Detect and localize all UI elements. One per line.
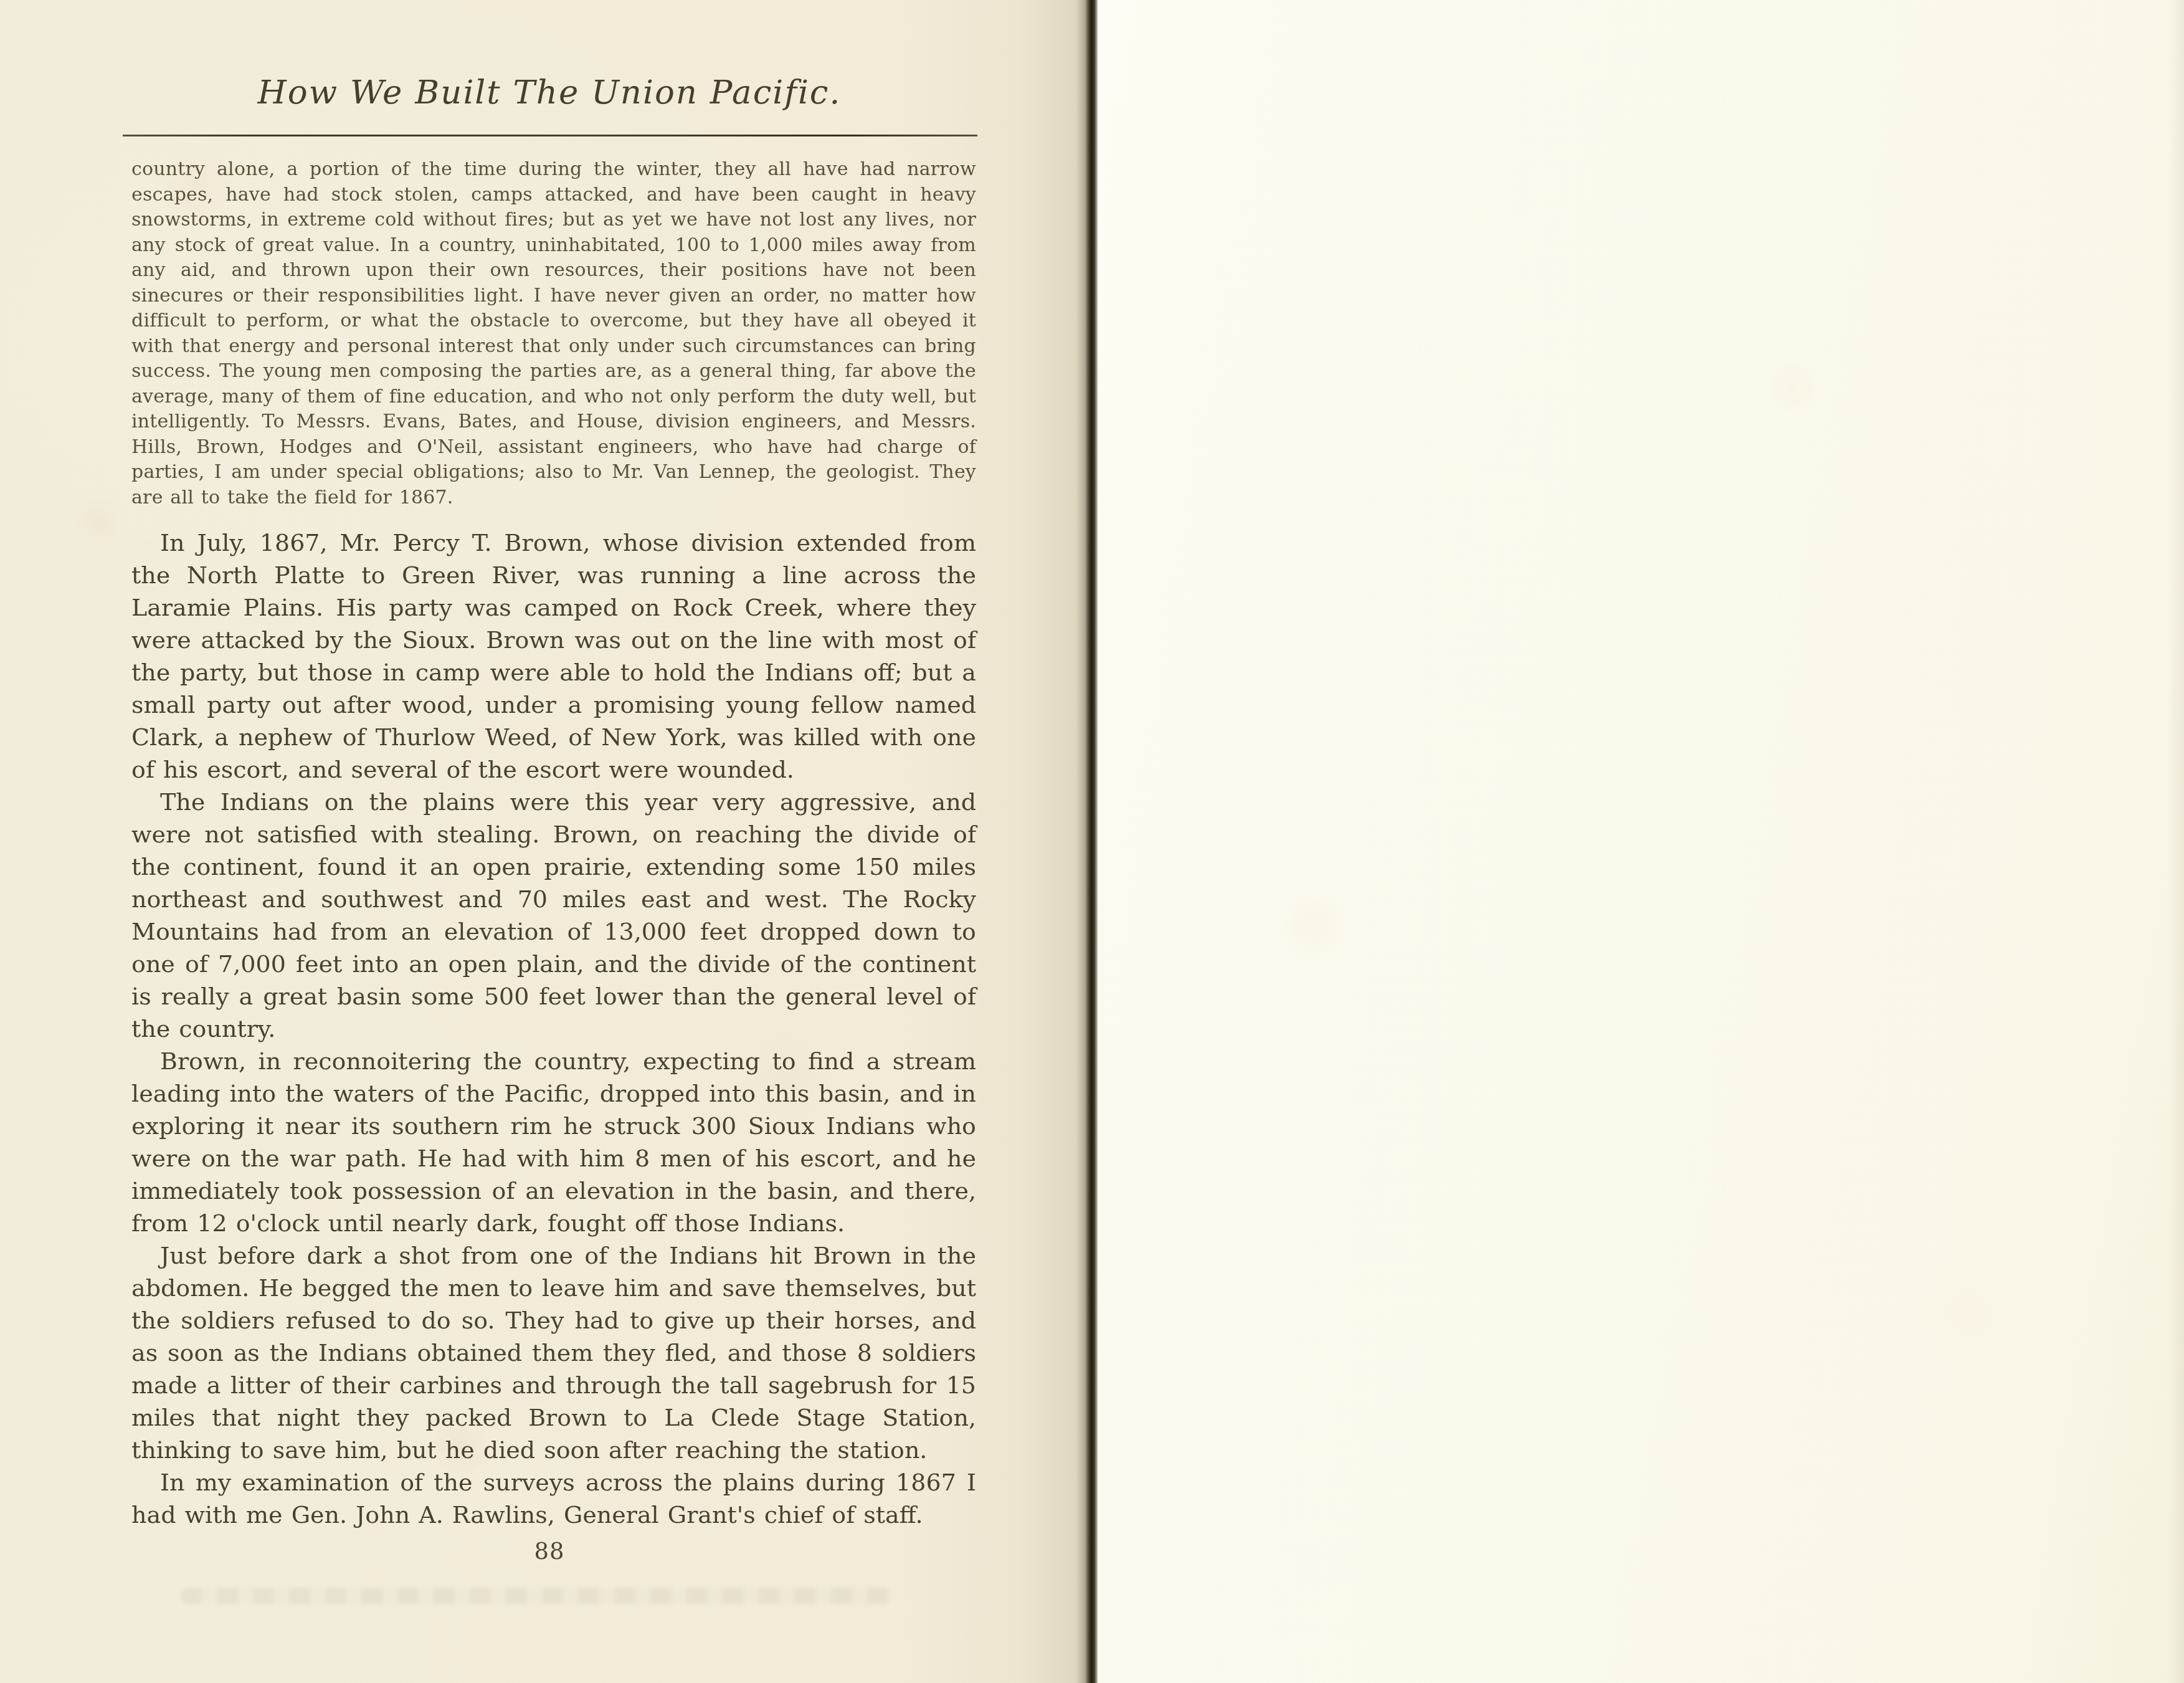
paragraph-fine-print: country alone, a portion of the time dur…	[131, 157, 976, 510]
page-number: 88	[122, 1538, 977, 1565]
text-column: country alone, a portion of the time dur…	[131, 157, 976, 1531]
right-page-edge-shade	[2168, 0, 2184, 1683]
ink-show-through	[181, 1588, 891, 1604]
paragraph-surveys-rawlins: In my examination of the surveys across …	[131, 1466, 976, 1531]
paragraph-indians-aggressive: The Indians on the plains were this year…	[131, 786, 976, 1045]
running-head-title: How We Built The Union Pacific.	[122, 74, 977, 112]
paragraph-july-1867: In July, 1867, Mr. Percy T. Brown, whose…	[131, 527, 976, 786]
book-scan-spread: How We Built The Union Pacific. country …	[0, 0, 2184, 1683]
paragraph-brown-shot: Just before dark a shot from one of the …	[131, 1239, 976, 1466]
right-page-blank	[1098, 0, 2184, 1683]
paragraph-brown-reconnoitering: Brown, in reconnoitering the country, ex…	[131, 1045, 976, 1239]
header-rule	[123, 135, 977, 136]
left-page: How We Built The Union Pacific. country …	[0, 0, 1095, 1683]
